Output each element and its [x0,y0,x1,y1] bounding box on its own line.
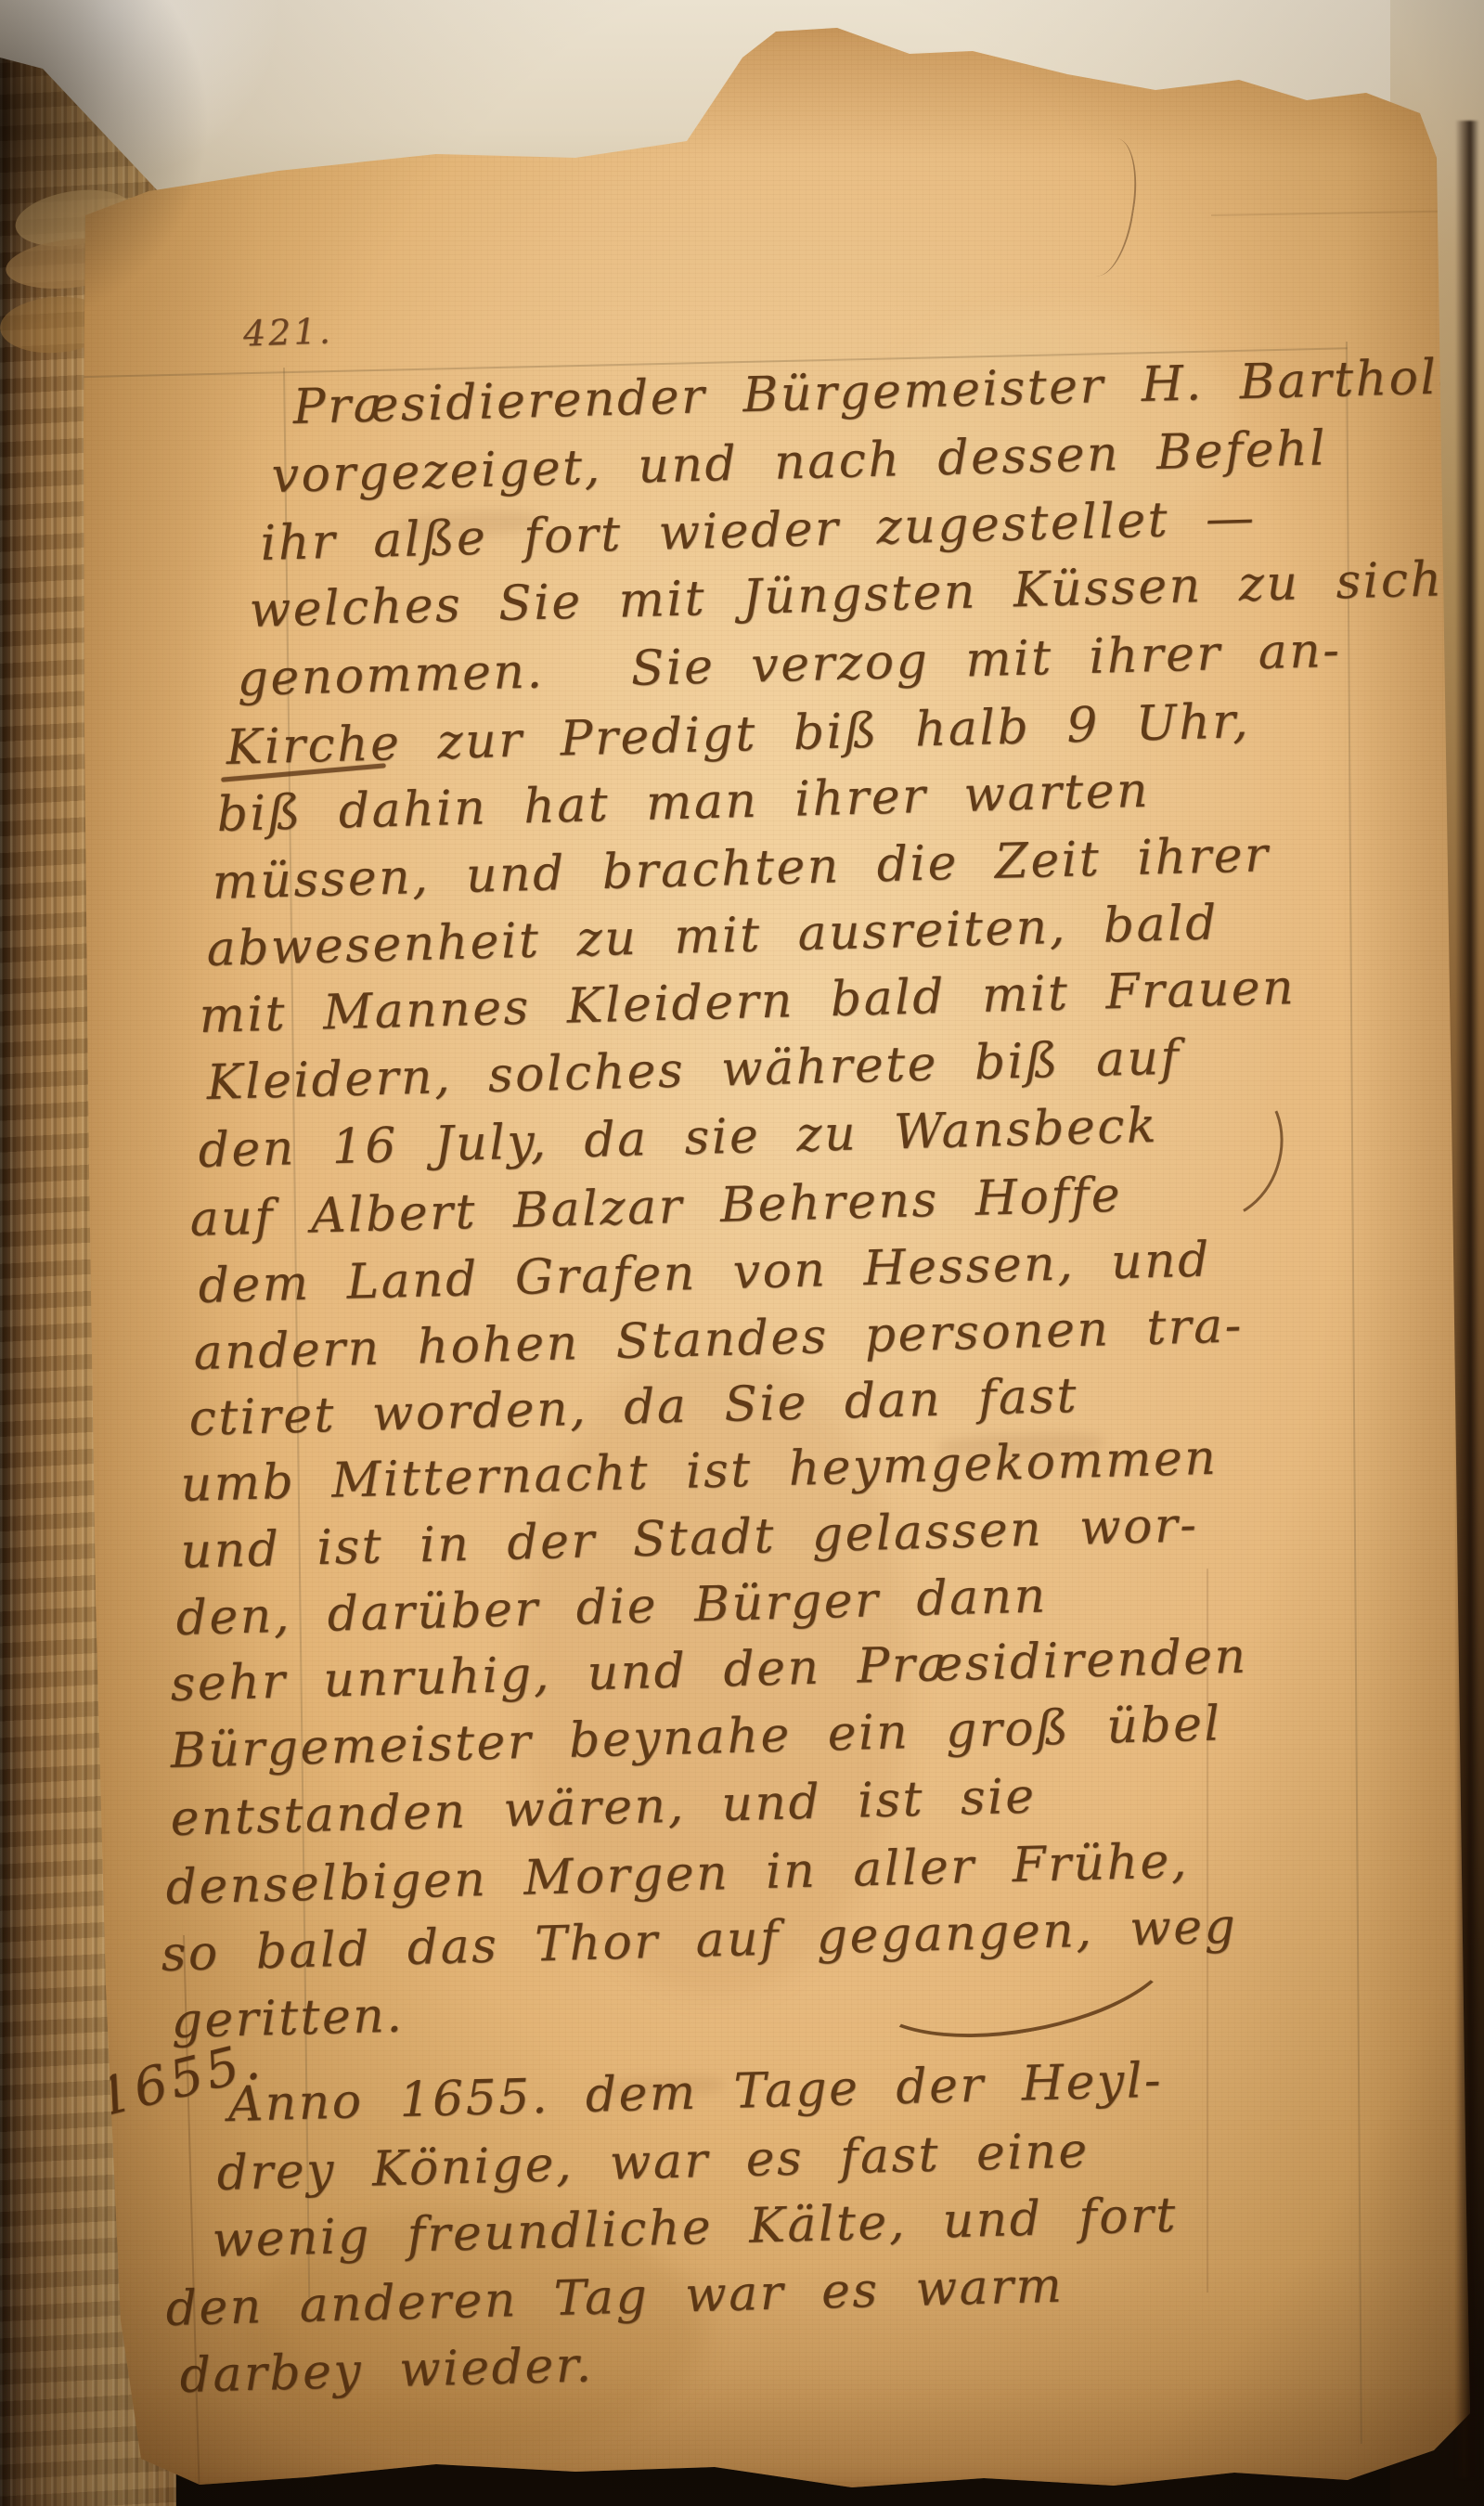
manuscript-line: wenig freundliche Kälte, und fort [212,2191,1178,2265]
manuscript-line: den anderen Tag war es warm [165,2262,1065,2333]
manuscript-page: 421. 1655. Præsidierender Bürgemeister H… [0,0,1484,2506]
manuscript-line: Kirche zur Predigt biß halb 9 Uhr, [226,697,1250,772]
manuscript-line: ihr alße fort wieder zugestellet — [260,494,1257,568]
manuscript-line: auf Albert Balzar Behrens Hoffe [189,1171,1123,1244]
manuscript-line: dem Land Grafen von Hessen, und [198,1235,1211,1311]
manuscript-line: vorgezeiget, und nach dessen Befehl [271,424,1328,500]
manuscript-line: ctiret worden, da Sie dan fast [188,1372,1079,1443]
manuscript-line: müssen, und brachten die Zeit ihrer [212,831,1271,907]
manuscript-line: andern hohen Standes personen tra- [193,1301,1244,1377]
manuscript-line: genommen. Sie verzog mit ihrer an- [237,626,1342,704]
manuscript-line: abwesenheit zu mit ausreiten, bald [206,898,1219,974]
manuscript-line: sehr unruhig, und den Præsidirenden [170,1633,1248,1709]
manuscript-line: biß dahin hat man ihrer warten [216,767,1151,839]
manuscript-line: Bürgemeister beynahe ein groß übel [170,1699,1222,1776]
manuscript-line: Kleidern, solches währete biß auf [206,1034,1181,1107]
manuscript-line: geritten. [171,1991,405,2046]
manuscript-line: den 16 July, da sie zu Wansbeck [198,1102,1158,1175]
manuscript-line: drey Könige, war es fast eine [216,2126,1090,2198]
photo-background: 421. 1655. Præsidierender Bürgemeister H… [0,0,1484,2506]
manuscript-line: mit Mannes Kleidern bald mit Frauen [199,963,1297,1040]
manuscript-line: den, darüber die Bürger dann [175,1571,1048,1643]
manuscript-line: Præsidierender Bürgemeister H. Bartholo- [292,352,1484,432]
page-fold-shadow [1455,121,1479,2478]
manuscript-line: Anno 1655. dem Tage der Heyl- [227,2057,1164,2129]
manuscript-line: und ist in der Stadt gelassen wor- [180,1501,1199,1576]
manuscript-line: entstanden wären, und ist sie [170,1773,1037,1843]
manuscript-line: darbey wieder. [179,2341,594,2400]
manuscript-text-block: Præsidierender Bürgemeister H. Bartholo-… [0,0,1484,2506]
manuscript-line: umb Mitternacht ist heymgekommen [180,1434,1219,1509]
